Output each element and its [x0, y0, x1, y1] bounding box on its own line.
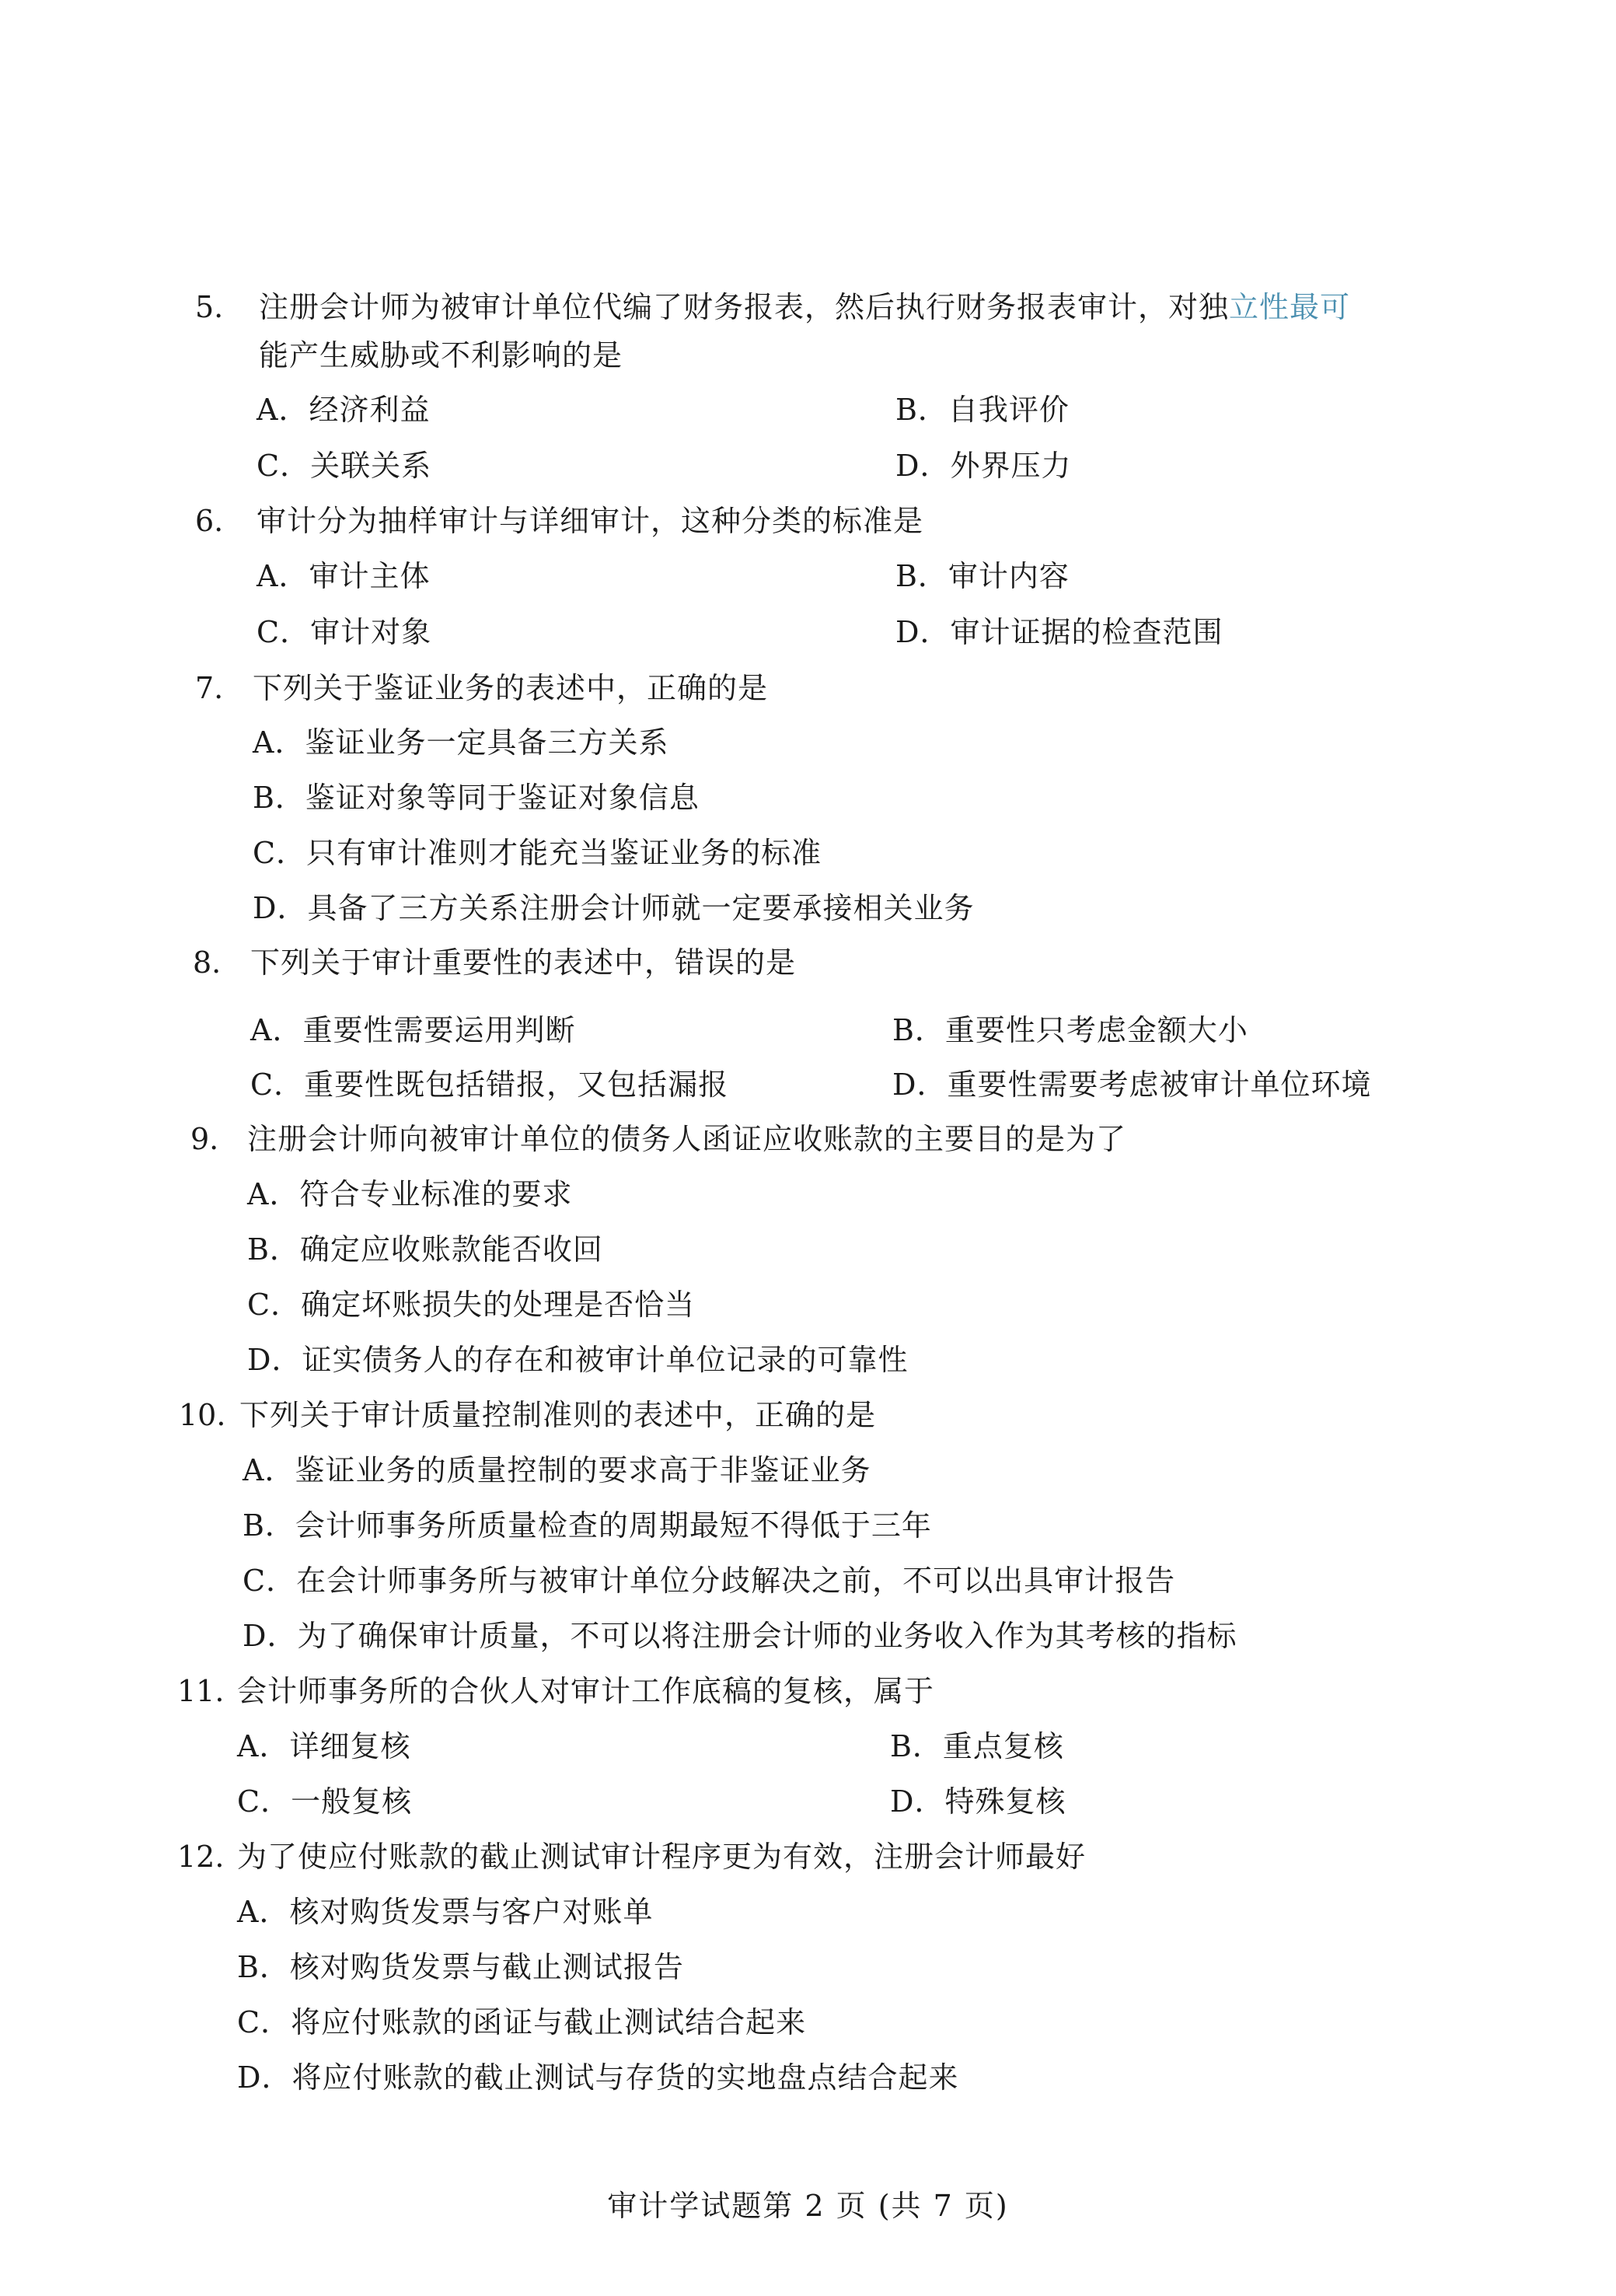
- option-b: B．会计师事务所质量检查的周期最短不得低于三年: [243, 1506, 932, 1545]
- option-c: C．一般复核: [237, 1782, 412, 1821]
- option-d: D．重要性需要考虑被审计单位环境: [892, 1065, 1371, 1104]
- option-c: C．只有审计准则才能充当鉴证业务的标准: [253, 833, 822, 872]
- question-number: 10.: [179, 1396, 225, 1435]
- option-a: A．鉴证业务的质量控制的要求高于非鉴证业务: [243, 1451, 871, 1490]
- question-number: 8.: [193, 943, 221, 982]
- question-stem: 下列关于审计重要性的表述中，错误的是: [250, 943, 796, 982]
- option-b: B．确定应收账款能否收回: [247, 1230, 603, 1269]
- option-d: D．将应付账款的截止测试与存货的实地盘点结合起来: [237, 2058, 958, 2097]
- question-number: 9.: [190, 1120, 218, 1158]
- option-c: C．关联关系: [257, 446, 431, 485]
- question-stem: 注册会计师向被审计单位的债务人函证应收账款的主要目的是为了: [247, 1120, 1126, 1158]
- option-c: C．将应付账款的函证与截止测试结合起来: [237, 2003, 806, 2042]
- option-a: A．审计主体: [257, 557, 430, 596]
- option-c: C．确定坏账损失的处理是否恰当: [247, 1285, 695, 1324]
- option-a: A．经济利益: [257, 390, 430, 429]
- question-number: 11.: [177, 1672, 224, 1711]
- option-b: B．核对购货发票与截止测试报告: [237, 1948, 684, 1987]
- option-b: B．审计内容: [895, 557, 1070, 596]
- option-d: D．审计证据的检查范围: [895, 613, 1223, 652]
- option-a: A．鉴证业务一定具备三方关系: [253, 723, 668, 762]
- option-d: D．特殊复核: [890, 1782, 1066, 1821]
- option-b: B．重点复核: [890, 1727, 1064, 1766]
- option-b: B．重要性只考虑金额大小: [892, 1011, 1248, 1050]
- question-number: 7.: [195, 669, 223, 708]
- question-stem: 下列关于审计质量控制准则的表述中，正确的是: [239, 1396, 876, 1435]
- question-number: 12.: [177, 1837, 224, 1876]
- option-d: D．具备了三方关系注册会计师就一定要承接相关业务: [253, 889, 974, 928]
- question-stem: 为了使应付账款的截止测试审计程序更为有效，注册会计师最好: [237, 1837, 1086, 1876]
- option-d: D．证实债务人的存在和被审计单位记录的可靠性: [247, 1340, 908, 1379]
- option-d: D．为了确保审计质量，不可以将注册会计师的业务收入作为其考核的指标: [243, 1616, 1237, 1655]
- question-number: 6.: [195, 501, 223, 540]
- question-stem: 下列关于鉴证业务的表述中，正确的是: [253, 669, 768, 708]
- option-d: D．外界压力: [895, 446, 1071, 485]
- stem-text-stamp-overlay: 立性最可: [1229, 290, 1350, 324]
- option-a: A．符合专业标准的要求: [247, 1175, 572, 1214]
- question-stem: 注册会计师为被审计单位代编了财务报表，然后执行财务报表审计，对独立性最可: [259, 288, 1350, 327]
- option-b: B．自我评价: [895, 390, 1070, 429]
- stem-text: 注册会计师为被审计单位代编了财务报表，然后执行财务报表审计，对独: [259, 290, 1229, 324]
- question-number: 5.: [195, 288, 223, 327]
- option-c: C．重要性既包括错报，又包括漏报: [250, 1065, 728, 1104]
- question-stem-continued: 能产生威胁或不利影响的是: [259, 336, 623, 375]
- option-c: C．审计对象: [257, 613, 431, 652]
- option-a: A．详细复核: [237, 1727, 410, 1766]
- question-stem: 会计师事务所的合伙人对审计工作底稿的复核，属于: [237, 1672, 934, 1711]
- question-stem: 审计分为抽样审计与详细审计，这种分类的标准是: [257, 501, 923, 540]
- option-c: C．在会计师事务所与被审计单位分歧解决之前，不可以出具审计报告: [243, 1561, 1175, 1600]
- option-a: A．核对购货发票与客户对账单: [237, 1892, 653, 1931]
- page-footer: 审计学试题第 2 页 (共 7 页): [0, 2186, 1616, 2225]
- option-a: A．重要性需要运用判断: [250, 1011, 575, 1050]
- option-b: B．鉴证对象等同于鉴证对象信息: [253, 778, 700, 817]
